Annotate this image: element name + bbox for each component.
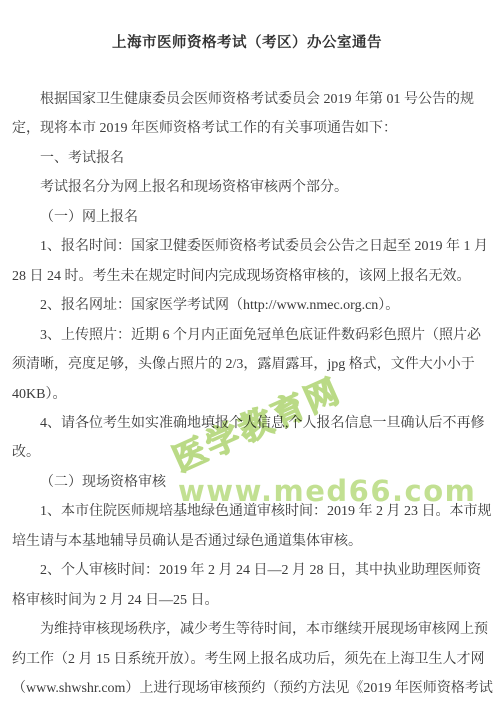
document-line: 培生请与本基地辅导员确认是否通过绿色通道集体审核。	[12, 527, 480, 556]
notice-document: 上海市医师资格考试（考区）办公室通告 根据国家卫生健康委员会医师资格考试委员会 …	[0, 0, 494, 720]
document-line: （www.shwshr.com）上进行现场审核预约（预约方法见《2019 年医师…	[12, 674, 480, 703]
document-line: 约工作（2 月 15 日系统开放）。考生网上报名成功后，须先在上海卫生人才网	[12, 645, 480, 674]
document-line: 改。	[12, 438, 480, 467]
document-title: 上海市医师资格考试（考区）办公室通告	[0, 31, 494, 52]
document-line: 1、本市住院医师规培基地绿色通道审核时间：2019 年 2 月 23 日。本市规	[12, 497, 480, 526]
document-line: （二）现场资格审核	[12, 468, 480, 497]
document-line: 定，现将本市 2019 年医师资格考试工作的有关事项通告如下：	[12, 114, 480, 143]
document-line: 2、报名网址：国家医学考试网（http://www.nmec.org.cn）。	[12, 291, 480, 320]
document-line: （一）网上报名	[12, 203, 480, 232]
document-line: 1、报名时间：国家卫健委医师资格考试委员会公告之日起至 2019 年 1 月	[12, 232, 480, 261]
document-line: 根据国家卫生健康委员会医师资格考试委员会 2019 年第 01 号公告的规	[12, 85, 480, 114]
document-line: 须清晰，亮度足够，头像占照片的 2/3，露眉露耳，jpg 格式，文件大小小于	[12, 350, 480, 379]
document-line: 格审核时间为 2 月 24 日—25 日。	[12, 586, 480, 615]
document-line: 一、考试报名	[12, 144, 480, 173]
document-line: 2、个人审核时间：2019 年 2 月 24 日—2 月 28 日，其中执业助理…	[12, 556, 480, 585]
document-line: 40KB）。	[12, 380, 480, 409]
document-line: 考试报名分为网上报名和现场资格审核两个部分。	[12, 173, 480, 202]
document-line: 3、上传照片：近期 6 个月内正面免冠单色底证件数码彩色照片（照片必	[12, 321, 480, 350]
document-line: 28 日 24 时。考生未在规定时间内完成现场资格审核的，该网上报名无效。	[12, 262, 480, 291]
document-body: 根据国家卫生健康委员会医师资格考试委员会 2019 年第 01 号公告的规定，现…	[12, 85, 480, 704]
document-line: 为维持审核现场秩序，减少考生等待时间，本市继续开展现场审核网上预	[12, 615, 480, 644]
document-line: 4、请各位考生如实准确地填报个人信息,个人报名信息一旦确认后不再修	[12, 409, 480, 438]
